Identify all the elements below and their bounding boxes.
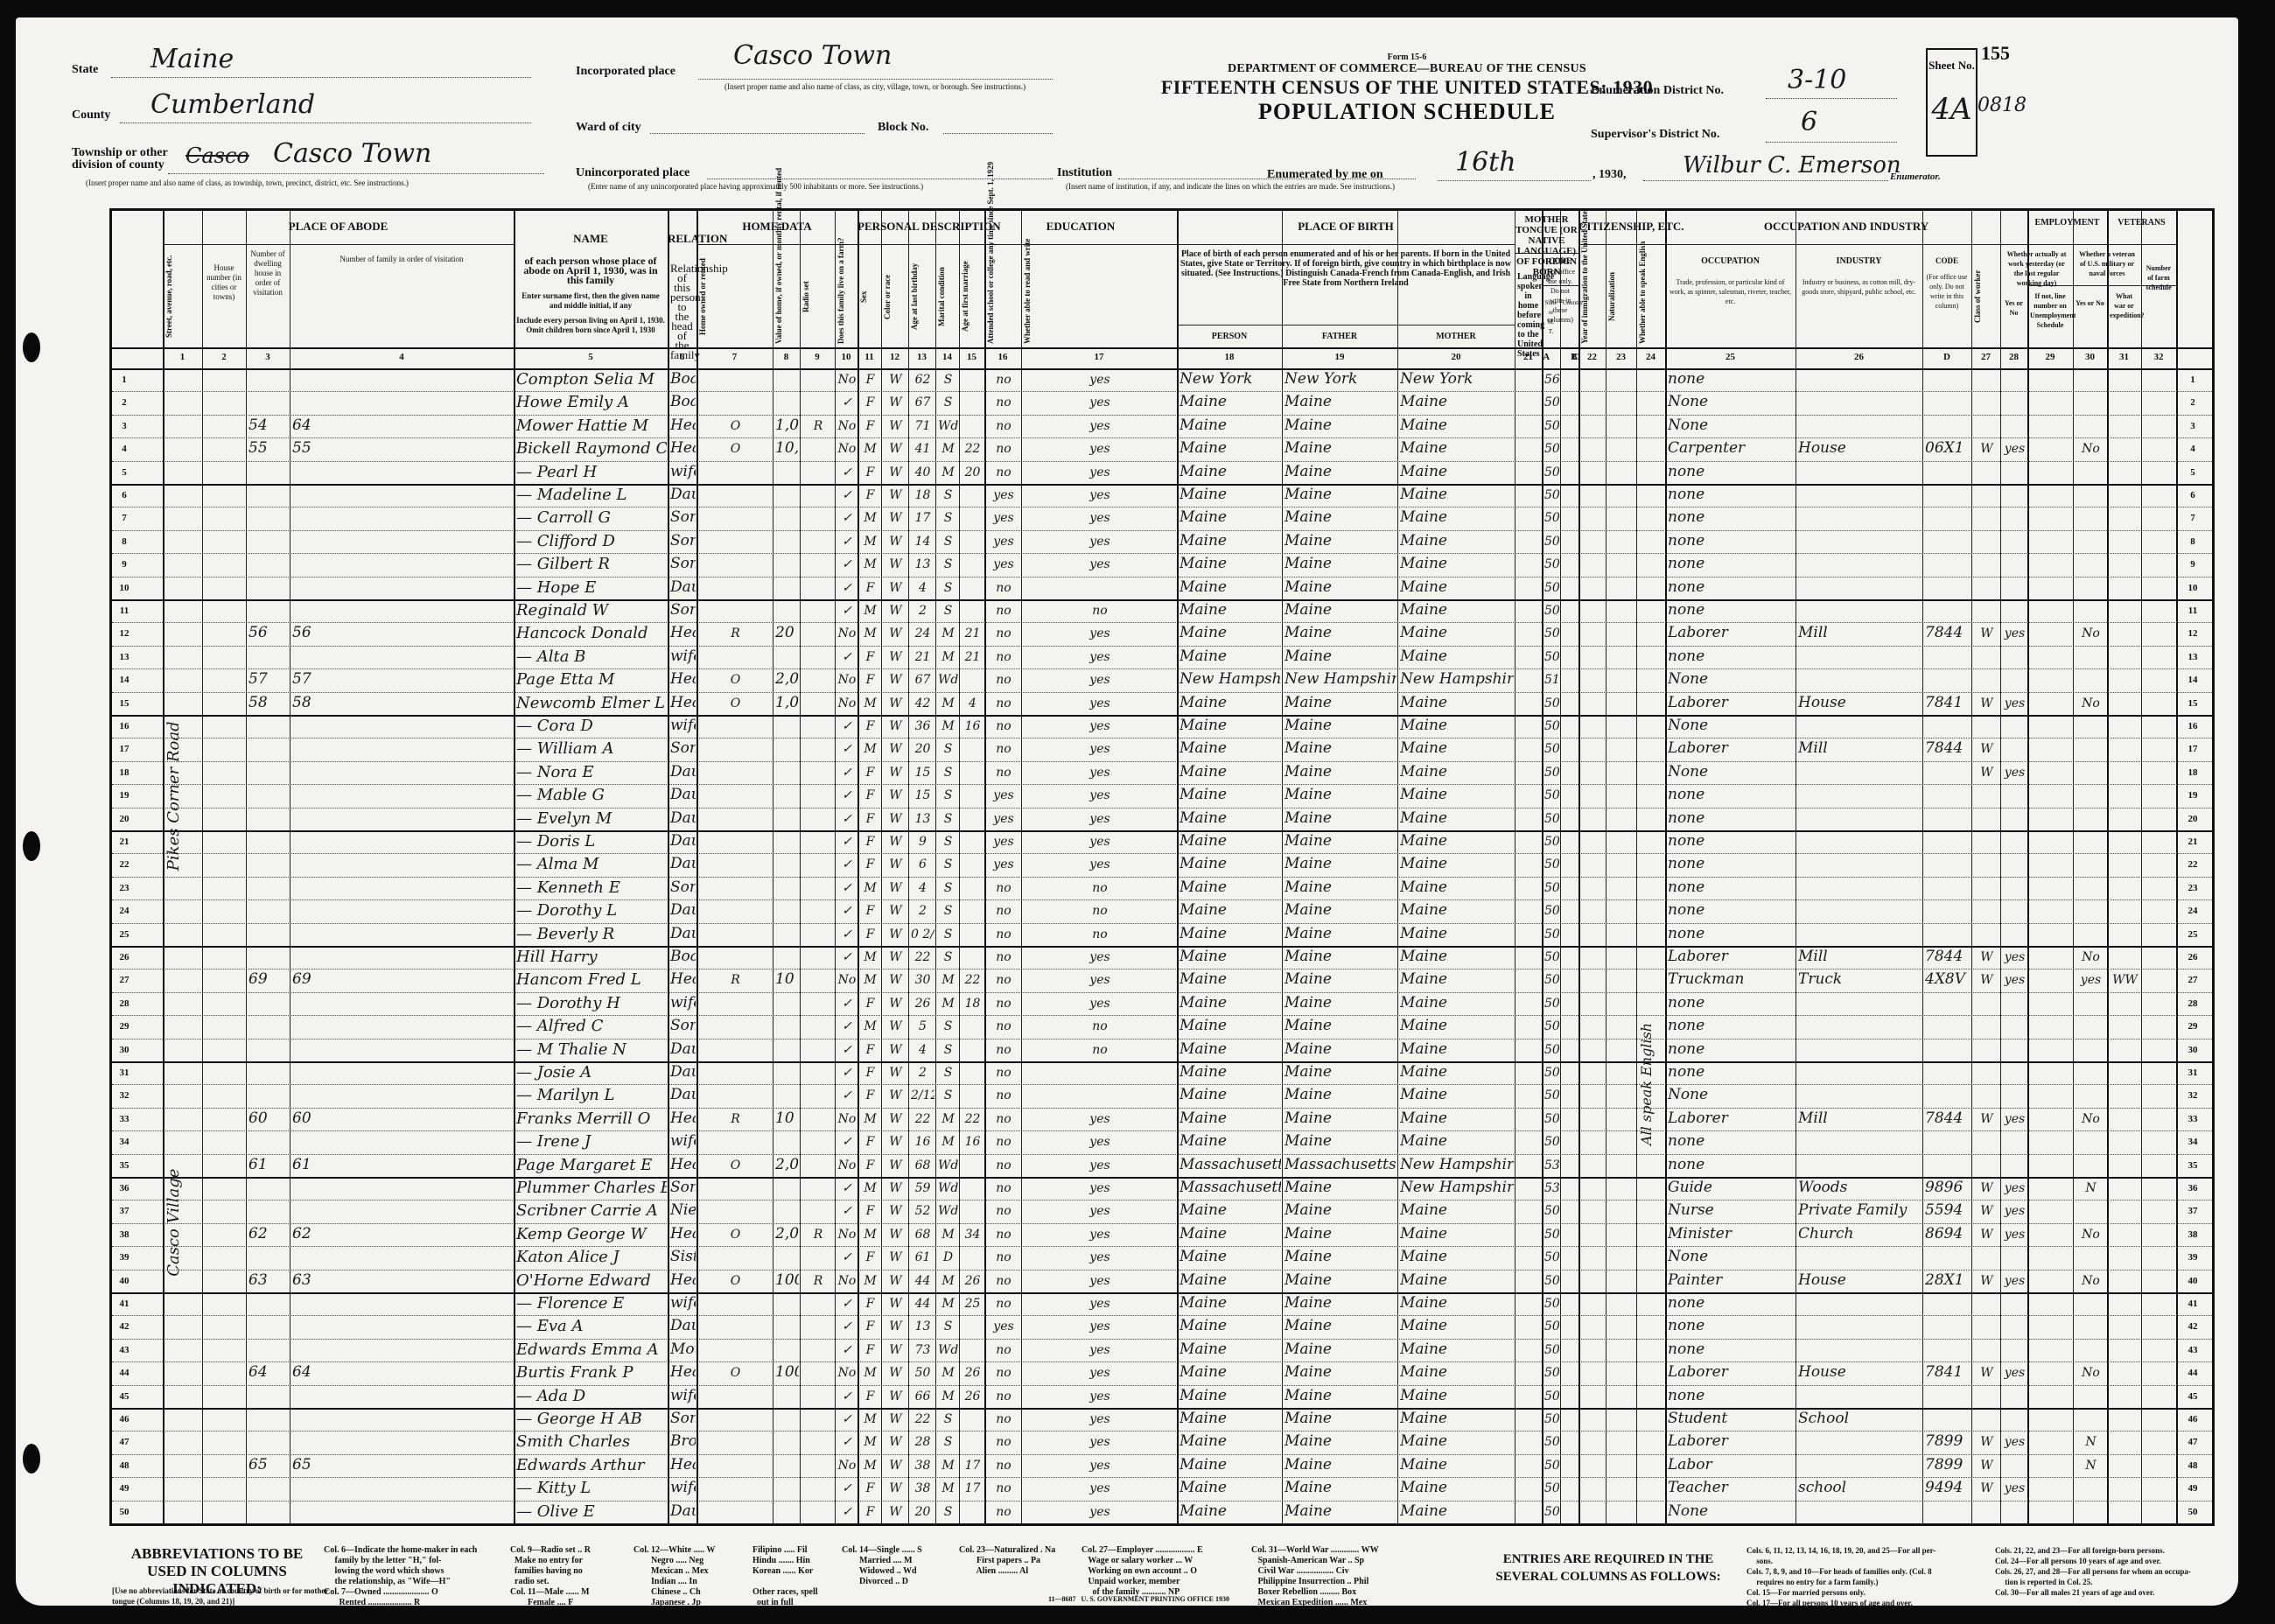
cell-fpob: Maine — [1284, 694, 1396, 711]
cell-sex: F — [860, 419, 880, 433]
cell-mpob: Maine — [1400, 1387, 1514, 1404]
line-number: 36 — [111, 1183, 137, 1193]
cell-cA: 50 — [1544, 1319, 1559, 1333]
cell-age: 28 — [911, 1435, 934, 1449]
column-number: 8 — [773, 352, 800, 362]
cell-mpob: Maine — [1400, 694, 1514, 711]
cell-name: — Pearl H — [516, 463, 667, 481]
cell-race: W — [884, 1343, 907, 1357]
line-number: 11 — [111, 605, 137, 616]
cell-pob: Maine — [1179, 1410, 1281, 1427]
sheet-number-box: Sheet No. 4A — [1926, 48, 1977, 157]
cell-fpob: Maine — [1284, 1248, 1396, 1265]
table-row: 11Compton Selia MBoarderNoFW62SnoyesNew … — [112, 368, 2212, 391]
cell-fpob: Maine — [1284, 1317, 1396, 1334]
cell-farm: ✓ — [837, 1319, 857, 1333]
cell-mpob: Maine — [1400, 994, 1514, 1011]
cell-farm: ✓ — [837, 1019, 857, 1033]
cell-dw: 63 — [248, 1271, 289, 1289]
cell-mpob: New Hampshire — [1400, 670, 1514, 688]
cell-rw: yes — [1024, 1412, 1176, 1426]
census-sheet: State Maine County Cumberland Township o… — [16, 17, 2238, 1606]
cell-mar: S — [938, 742, 958, 756]
cell-sex: M — [860, 1412, 880, 1426]
cell-afm: 20 — [962, 465, 983, 479]
cell-mpob: New Hampshire — [1400, 1179, 1514, 1196]
line-number-right: 1 — [2180, 374, 2206, 385]
cell-fpob: Maine — [1284, 555, 1396, 572]
cell-pob: New York — [1179, 370, 1281, 388]
cell-farm: ✓ — [837, 788, 857, 802]
cell-cA: 50 — [1544, 626, 1559, 640]
cell-fpob: Maine — [1284, 601, 1396, 619]
cell-rel: Daughter — [670, 855, 696, 872]
cell-sch: no — [987, 1297, 1020, 1311]
table-row: 3636Plummer Charles ESon in Law✓MW59Wdno… — [112, 1177, 2212, 1200]
cell-cA: 51 — [1544, 673, 1559, 687]
header-subdivider — [984, 244, 1177, 245]
cell-sch: yes — [987, 535, 1020, 549]
cell-pob: Maine — [1179, 763, 1281, 780]
cell-mar: M — [938, 997, 958, 1011]
column-header-c5c: Include every person living on April 1, … — [516, 316, 665, 335]
cell-age: 9 — [911, 835, 934, 849]
cell-cA: 50 — [1544, 997, 1559, 1011]
column-header-c10: Does this family live on a farm? — [836, 249, 856, 344]
cell-pob: Maine — [1179, 647, 1281, 665]
cell-farm: ✓ — [837, 1088, 857, 1102]
cell-age: 13 — [911, 1319, 934, 1333]
table-row: 44446464Burtis Frank PHeadO1000NoMW50M26… — [112, 1361, 2212, 1384]
cell-age: 2 — [911, 904, 934, 918]
cell-race: W — [884, 1505, 907, 1519]
cell-val: 10,000 — [775, 439, 799, 457]
table-row: 1010— Hope EDaughter✓FW4SnoMaineMaineMai… — [112, 577, 2212, 599]
cell-name: — Gilbert R — [516, 555, 667, 573]
cell-rel: Head — [670, 1225, 696, 1242]
cell-cA: 50 — [1544, 442, 1559, 456]
cell-age: 30 — [911, 973, 934, 987]
table-row: 2222— Alma MDaughter✓FW6SyesyesMaineMain… — [112, 853, 2212, 876]
cell-farm: ✓ — [837, 719, 857, 733]
cell-rw: yes — [1024, 997, 1176, 1011]
cell-name: — George H AB — [516, 1410, 667, 1428]
cell-val: 2,000 — [775, 670, 799, 688]
line-number-right: 44 — [2180, 1368, 2206, 1378]
cell-own: O — [699, 442, 772, 456]
cell-fam: 69 — [292, 970, 513, 988]
cell-mpob: Maine — [1400, 1040, 1514, 1058]
cell-rel: Son — [670, 508, 696, 526]
enum-district-label: Enumeration District No. — [1591, 84, 1724, 98]
cell-cA: 50 — [1544, 742, 1559, 756]
cell-fpob: Maine — [1284, 1225, 1396, 1242]
cell-sex: F — [860, 488, 880, 502]
cell-mar: M — [938, 973, 958, 987]
cell-fpob: New York — [1284, 370, 1396, 388]
line-number-right: 38 — [2180, 1229, 2206, 1240]
cell-own: O — [699, 1366, 772, 1380]
cell-race: W — [884, 442, 907, 456]
cell-cA: 50 — [1544, 719, 1559, 733]
cell-mpob: Maine — [1400, 601, 1514, 619]
cell-farm: ✓ — [837, 581, 857, 595]
cell-occ: None — [1668, 1086, 1795, 1103]
cell-mar: Wd — [938, 1181, 958, 1195]
table-row: 4949— Kitty Lwife H✓FW38M17noyesMaineMai… — [112, 1477, 2212, 1500]
cell-mar: M — [938, 1228, 958, 1242]
line-number-right: 16 — [2180, 721, 2206, 731]
township-field: Township or other division of county Cas… — [72, 147, 597, 199]
cell-pob: Maine — [1179, 1201, 1281, 1219]
line-number-right: 49 — [2180, 1483, 2206, 1494]
table-row: 4343Edwards Emma AMother in law✓FW73Wdno… — [112, 1339, 2212, 1361]
cell-farm: ✓ — [837, 465, 857, 479]
cell-vet: yes — [2075, 973, 2106, 987]
cell-rel: Daughter — [670, 901, 696, 919]
print-code: 11—8687 U. S. GOVERNMENT PRINTING OFFICE… — [1048, 1594, 1229, 1605]
cell-cls: W — [1974, 1204, 1999, 1218]
cell-occ: Student — [1668, 1410, 1795, 1427]
column-header-c7: Home owned or rented — [698, 249, 771, 344]
cell-cls: W — [1974, 1481, 1999, 1495]
cell-farm: No — [837, 1366, 857, 1380]
cell-farm: ✓ — [837, 835, 857, 849]
cell-age: 68 — [911, 1158, 934, 1172]
cell-occ: None — [1668, 1248, 1795, 1265]
line-number-right: 34 — [2180, 1137, 2206, 1147]
stamp-number: 155 — [1981, 42, 2010, 65]
cell-rw: yes — [1024, 742, 1176, 756]
cell-sch: no — [987, 742, 1020, 756]
cell-pob: Maine — [1179, 948, 1281, 965]
supervisor-value: 6 — [1801, 107, 1817, 137]
cell-occ: None — [1668, 1502, 1795, 1520]
cell-farm: ✓ — [837, 997, 857, 1011]
line-number-right: 47 — [2180, 1437, 2206, 1447]
cell-rel: wife H — [670, 1294, 696, 1312]
cell-mpob: Maine — [1400, 717, 1514, 734]
cell-rel: Daughter — [670, 486, 696, 503]
line-number: 42 — [111, 1321, 137, 1332]
entries-list-2: Cols. 21, 22, and 23—For all foreign-bor… — [1995, 1545, 2191, 1598]
cell-cA: 50 — [1544, 535, 1559, 549]
cell-rw: yes — [1024, 1366, 1176, 1380]
column-number: 28 — [2000, 352, 2027, 362]
cell-code: 7841 — [1925, 1363, 1970, 1381]
cell-afm: 22 — [962, 442, 983, 456]
cell-mar: S — [938, 904, 958, 918]
cell-code: 7844 — [1925, 624, 1970, 641]
line-number-right: 17 — [2180, 744, 2206, 754]
cell-cA: 50 — [1544, 1274, 1559, 1288]
cell-fam: 61 — [292, 1156, 513, 1173]
column-number: 19 — [1282, 352, 1397, 362]
line-number-right: 26 — [2180, 952, 2206, 962]
cell-cA: 50 — [1544, 1481, 1559, 1495]
cell-rw: yes — [1024, 395, 1176, 409]
cell-race: W — [884, 465, 907, 479]
cell-own: R — [699, 1112, 772, 1126]
cell-race: W — [884, 812, 907, 826]
cell-afm: 25 — [962, 1297, 983, 1311]
cell-sch: no — [987, 1343, 1020, 1357]
cell-sch: yes — [987, 812, 1020, 826]
line-number-right: 13 — [2180, 652, 2206, 662]
cell-race: W — [884, 857, 907, 871]
column-number: 21 — [1515, 352, 1542, 362]
cell-code: 7844 — [1925, 1109, 1970, 1127]
cell-mpob: Maine — [1400, 855, 1514, 872]
cell-mar: S — [938, 766, 958, 780]
cell-rel: Boarder — [670, 393, 696, 410]
county-value: Cumberland — [150, 89, 315, 120]
cell-work: yes — [2003, 766, 2026, 780]
cell-afm: 4 — [962, 696, 983, 710]
cell-age: 4 — [911, 1043, 934, 1057]
cell-name: Burtis Frank P — [516, 1363, 667, 1382]
cell-dw: 58 — [248, 694, 289, 711]
cell-pob: Maine — [1179, 555, 1281, 572]
line-number-right: 50 — [2180, 1507, 2206, 1517]
cell-mpob: Maine — [1400, 1271, 1514, 1289]
cell-occ: None — [1668, 717, 1795, 734]
cell-name: Page Margaret E — [516, 1156, 667, 1174]
cell-rel: Daughter — [670, 763, 696, 780]
cell-own: R — [699, 626, 772, 640]
cell-name: — Dorothy H — [516, 994, 667, 1012]
cell-vet: No — [2075, 1228, 2106, 1242]
header-subdivider — [1665, 244, 2027, 245]
line-number: 37 — [111, 1206, 137, 1216]
cell-age: 40 — [911, 465, 934, 479]
table-row: 4646— George H ABSon✓MW22SnoyesMaineMain… — [112, 1408, 2212, 1431]
cell-work: yes — [2003, 1181, 2026, 1195]
cell-pob: Maine — [1179, 1132, 1281, 1150]
column-number: 4 — [290, 352, 514, 362]
cell-rw: yes — [1024, 673, 1176, 687]
column-number: 18 — [1177, 352, 1282, 362]
cell-farm: ✓ — [837, 1389, 857, 1403]
cell-age: 42 — [911, 696, 934, 710]
cell-age: 2/12 — [911, 1088, 934, 1102]
incorporated-place-field: Incorporated place Casco Town (Insert pr… — [576, 49, 1066, 101]
cell-pob: Maine — [1179, 624, 1281, 641]
cell-rw: no — [1024, 1019, 1176, 1033]
cell-dw: 69 — [248, 970, 289, 988]
cell-cA: 50 — [1544, 1088, 1559, 1102]
cell-fpob: Maine — [1284, 901, 1396, 919]
cell-mar: S — [938, 881, 958, 895]
table-row: 1111Reginald WSon✓MW2SnonoMaineMaineMain… — [112, 599, 2212, 622]
line-number: 10 — [111, 583, 137, 593]
cell-pob: Maine — [1179, 739, 1281, 757]
cell-mar: M — [938, 1135, 958, 1149]
enum-district-value: 3-10 — [1788, 65, 1846, 95]
cell-fam: 64 — [292, 1363, 513, 1381]
cell-age: 44 — [911, 1297, 934, 1311]
cell-mar: M — [938, 1297, 958, 1311]
cell-mpob: Maine — [1400, 970, 1514, 988]
cell-mpob: Maine — [1400, 739, 1514, 757]
cell-mpob: Maine — [1400, 1410, 1514, 1427]
cell-occ: Laborer — [1668, 624, 1795, 641]
cell-sex: M — [860, 442, 880, 456]
cell-race: W — [884, 395, 907, 409]
table-row: 48486565Edwards ArthurHeadNoMW38M17noyes… — [112, 1454, 2212, 1477]
cell-race: W — [884, 881, 907, 895]
abbrev-col23: Col. 23—Naturalized . Na First papers ..… — [959, 1545, 1055, 1577]
state-field: State Maine — [72, 49, 562, 84]
cell-code: 7844 — [1925, 948, 1970, 965]
cell-mpob: New Hampshire — [1400, 1156, 1514, 1173]
cell-pob: Maine — [1179, 1063, 1281, 1081]
unincorporated-note: (Enter name of any unincorporated place … — [588, 182, 923, 191]
cell-occ: none — [1668, 901, 1795, 919]
table-row: 4747Smith CharlesBrother in law✓MW28Snoy… — [112, 1431, 2212, 1453]
cell-fam: 60 — [292, 1109, 513, 1127]
cell-sch: no — [987, 1181, 1020, 1195]
line-number: 12 — [111, 628, 137, 639]
cell-cA: 50 — [1544, 1250, 1559, 1264]
line-number-right: 35 — [2180, 1160, 2206, 1171]
cell-age: 6 — [911, 857, 934, 871]
cell-sex: M — [860, 1181, 880, 1195]
cell-sex: F — [860, 1481, 880, 1495]
cell-cA: 50 — [1544, 650, 1559, 664]
cell-age: 66 — [911, 1389, 934, 1403]
cell-rel: Boarder — [670, 948, 696, 965]
cell-occ: Labor — [1668, 1456, 1795, 1473]
sheet-value: 4A — [1928, 92, 1976, 127]
cell-sch: no — [987, 950, 1020, 964]
punch-hole — [23, 1444, 40, 1473]
cell-fpob: Maine — [1284, 1456, 1396, 1473]
cell-sex: M — [860, 1274, 880, 1288]
punch-hole — [23, 332, 40, 362]
cell-rel: Daughter — [670, 925, 696, 942]
table-row: 22Howe Emily ABoarder✓FW67SnoyesMaineMai… — [112, 391, 2212, 414]
cell-mar: Wd — [938, 419, 958, 433]
cell-dw: 62 — [248, 1225, 289, 1242]
cell-sch: no — [987, 1066, 1020, 1080]
cell-name: Hancom Fred L — [516, 970, 667, 989]
cell-mpob: Maine — [1400, 786, 1514, 803]
cell-mar: S — [938, 857, 958, 871]
cell-sch: no — [987, 604, 1020, 618]
cell-mpob: Maine — [1400, 1432, 1514, 1450]
cell-mpob: Maine — [1400, 763, 1514, 780]
cell-ind: Church — [1798, 1225, 1921, 1242]
cell-race: W — [884, 904, 907, 918]
cell-ind: House — [1798, 1271, 1921, 1289]
cell-cA: 50 — [1544, 904, 1559, 918]
cell-rw: yes — [1024, 1250, 1176, 1264]
cell-pob: Maine — [1179, 970, 1281, 988]
cell-pob: Maine — [1179, 1040, 1281, 1058]
header-subdivider — [1177, 244, 1515, 245]
cell-cA: 50 — [1544, 1135, 1559, 1149]
cell-rw: yes — [1024, 1274, 1176, 1288]
cell-name: Edwards Arthur — [516, 1456, 667, 1474]
township-label: Township or other division of county — [72, 147, 168, 171]
line-number: 4 — [111, 444, 137, 454]
cell-sex: F — [860, 1343, 880, 1357]
table-row: 35356161Page Margaret EHead HO2,000NoFW6… — [112, 1154, 2212, 1177]
cell-race: W — [884, 535, 907, 549]
cell-age: 22 — [911, 950, 934, 964]
cell-sex: M — [860, 1435, 880, 1449]
abbrev-col12: Col. 12—White ..... W Negro ..... Neg Me… — [633, 1545, 715, 1608]
sheet-label: Sheet No. — [1928, 59, 1976, 73]
cell-code: 7899 — [1925, 1432, 1970, 1450]
cell-race: W — [884, 1135, 907, 1149]
cell-cA: 50 — [1544, 1505, 1559, 1519]
cell-work: yes — [2003, 1112, 2026, 1126]
incorporated-label: Incorporated place — [576, 65, 675, 79]
cell-race: W — [884, 1274, 907, 1288]
state-value: Maine — [150, 44, 234, 74]
cell-cA: 50 — [1544, 950, 1559, 964]
cell-mar: M — [938, 465, 958, 479]
cell-rw: no — [1024, 604, 1176, 618]
line-number-right: 7 — [2180, 513, 2206, 523]
cell-cA: 50 — [1544, 581, 1559, 595]
cell-rw: yes — [1024, 1319, 1176, 1333]
cell-cA: 50 — [1544, 766, 1559, 780]
column-number: C — [1572, 352, 1578, 362]
cell-age: 44 — [911, 1274, 934, 1288]
cell-mar: S — [938, 535, 958, 549]
column-header-c25b: Trade, profession, or particular kind of… — [1668, 277, 1793, 306]
cell-cls: W — [1974, 973, 1999, 987]
line-number-right: 25 — [2180, 929, 2206, 940]
cell-occ: None — [1668, 763, 1795, 780]
cell-pob: Maine — [1179, 486, 1281, 503]
cell-rw: no — [1024, 927, 1176, 941]
cell-pob: Maine — [1179, 994, 1281, 1011]
cell-rel: Head — [670, 670, 696, 688]
column-number: 13 — [908, 352, 935, 362]
cell-age: 22 — [911, 1412, 934, 1426]
cell-vet: No — [2075, 1366, 2106, 1380]
column-header-c21: Language spoken in home before coming to… — [1517, 272, 1539, 359]
cell-afm: 16 — [962, 719, 983, 733]
enumerated-day: 16th — [1455, 147, 1516, 178]
cell-name: Scribner Carrie A — [516, 1201, 667, 1220]
cell-mpob: New York — [1400, 370, 1514, 388]
cell-occ: None — [1668, 670, 1795, 688]
cell-sex: M — [860, 626, 880, 640]
cell-age: 13 — [911, 812, 934, 826]
cell-age: 38 — [911, 1481, 934, 1495]
cell-name: — Doris L — [516, 832, 667, 850]
cell-sex: F — [860, 1204, 880, 1218]
cell-work: yes — [2003, 1481, 2026, 1495]
cell-farm: ✓ — [837, 1066, 857, 1080]
cell-sex: M — [860, 1228, 880, 1242]
table-row: 2929— Alfred CSon✓MW5SnonoMaineMaineMain… — [112, 1015, 2212, 1038]
line-number-right: 32 — [2180, 1090, 2206, 1101]
abbrev-col6: Col. 6—Indicate the home-maker in each f… — [324, 1545, 477, 1587]
cell-ind: House — [1798, 1363, 1921, 1381]
cell-farm: ✓ — [837, 742, 857, 756]
cell-name: — Irene J — [516, 1132, 667, 1151]
cell-race: W — [884, 696, 907, 710]
line-number: 17 — [111, 744, 137, 754]
cell-sch: no — [987, 904, 1020, 918]
table-row: 1919— Mable GDaughter✓FW15SyesyesMaineMa… — [112, 784, 2212, 807]
